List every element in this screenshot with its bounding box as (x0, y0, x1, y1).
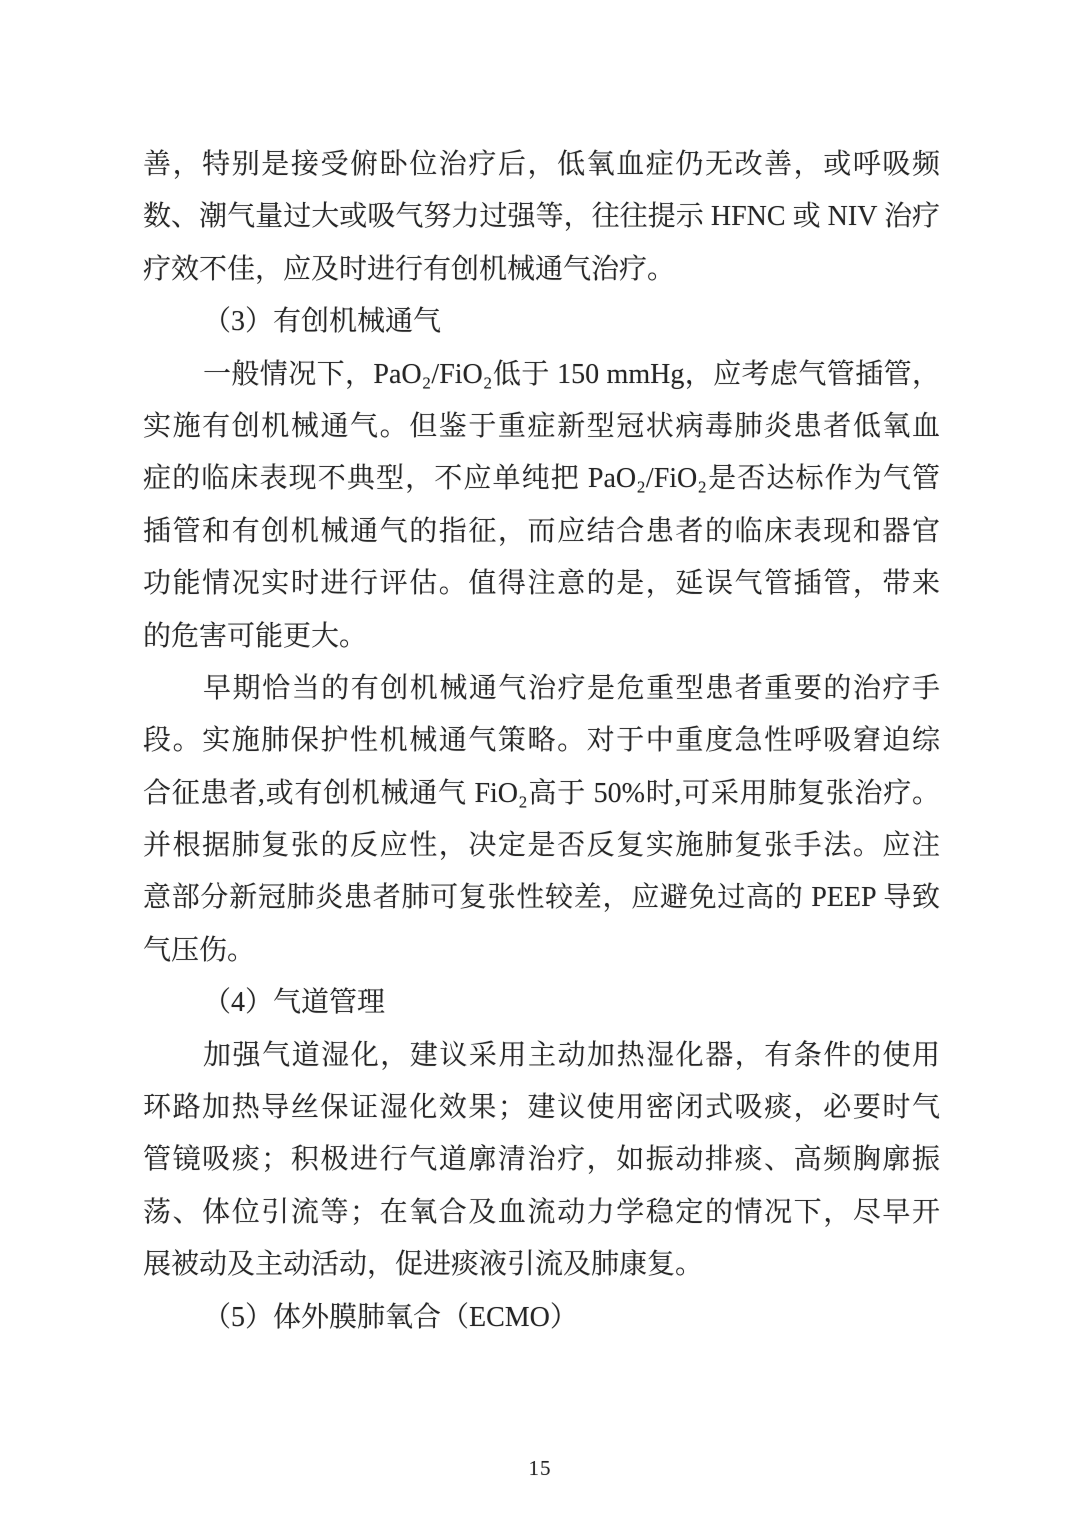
text-line: 合征患者,或有创机械通气 FiO₂高于 50%时,可采用肺复张治疗。 (143, 768, 940, 820)
text-line: 荡、体位引流等；在氧合及血流动力学稳定的情况下，尽早开 (143, 1187, 940, 1239)
text-line: 实施有创机械通气。但鉴于重症新型冠状病毒肺炎患者低氧血 (143, 401, 940, 453)
text-line: 的危害可能更大。 (143, 611, 940, 663)
text-line: 功能情况实时进行评估。值得注意的是，延误气管插管，带来 (143, 558, 940, 610)
text-line: 早期恰当的有创机械通气治疗是危重型患者重要的治疗手 (143, 663, 940, 715)
text-line: 管镜吸痰；积极进行气道廓清治疗，如振动排痰、高频胸廓振 (143, 1134, 940, 1186)
text-line: 段。实施肺保护性机械通气策略。对于中重度急性呼吸窘迫综 (143, 715, 940, 767)
text-line: （4）气道管理 (143, 977, 940, 1029)
text-line: 插管和有创机械通气的指征，而应结合患者的临床表现和器官 (143, 506, 940, 558)
text-line: 并根据肺复张的反应性，决定是否反复实施肺复张手法。应注 (143, 820, 940, 872)
document-page: 善，特别是接受俯卧位治疗后，低氧血症仍无改善，或呼吸频数、潮气量过大或吸气努力过… (0, 0, 1080, 1528)
text-line: 意部分新冠肺炎患者肺可复张性较差，应避免过高的 PEEP 导致 (143, 872, 940, 924)
text-line: （5）体外膜肺氧合（ECMO） (143, 1292, 940, 1344)
text-line: 气压伤。 (143, 925, 940, 977)
text-line: 善，特别是接受俯卧位治疗后，低氧血症仍无改善，或呼吸频 (143, 139, 940, 191)
text-line: （3）有创机械通气 (143, 296, 940, 348)
page-number: 15 (0, 1452, 1080, 1484)
text-line: 一般情况下，PaO₂/FiO₂低于 150 mmHg，应考虑气管插管， (143, 349, 940, 401)
text-line: 症的临床表现不典型，不应单纯把 PaO₂/FiO₂是否达标作为气管 (143, 453, 940, 505)
text-line: 数、潮气量过大或吸气努力过强等，往往提示 HFNC 或 NIV 治疗 (143, 191, 940, 243)
text-line: 展被动及主动活动，促进痰液引流及肺康复。 (143, 1239, 940, 1291)
text-line: 加强气道湿化，建议采用主动加热湿化器，有条件的使用 (143, 1030, 940, 1082)
text-line: 环路加热导丝保证湿化效果；建议使用密闭式吸痰，必要时气 (143, 1082, 940, 1134)
document-body: 善，特别是接受俯卧位治疗后，低氧血症仍无改善，或呼吸频数、潮气量过大或吸气努力过… (143, 139, 940, 1344)
text-line: 疗效不佳，应及时进行有创机械通气治疗。 (143, 244, 940, 296)
